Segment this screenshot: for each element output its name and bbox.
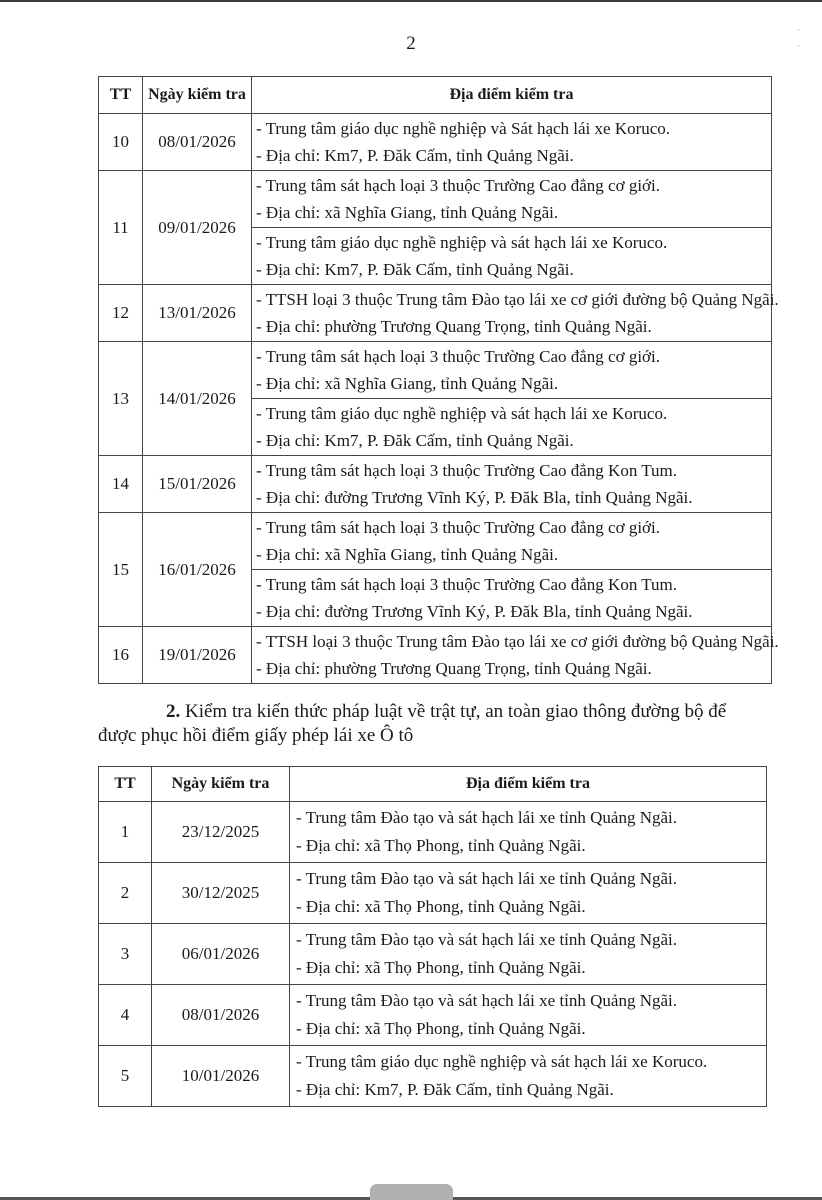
location-name: - Trung tâm sát hạch loại 3 thuộc Trường… — [256, 457, 771, 484]
row-number: 5 — [99, 1046, 152, 1107]
location-address: - Địa chỉ: xã Nghĩa Giang, tỉnh Quảng Ng… — [256, 541, 771, 568]
location-name: - TTSH loại 3 thuộc Trung tâm Đào tạo lá… — [256, 286, 771, 313]
header-location: Địa điểm kiểm tra — [252, 77, 772, 114]
section-title-line2: được phục hồi điểm giấy phép lái xe Ô tô — [98, 725, 413, 746]
header-tt: TT — [99, 77, 143, 114]
location-name: - Trung tâm sát hạch loại 3 thuộc Trường… — [256, 343, 771, 370]
inspection-date: 08/01/2026 — [143, 114, 252, 171]
inspection-location: - Trung tâm giáo dục nghề nghiệp và Sát … — [252, 114, 772, 171]
row-number: 16 — [99, 627, 143, 684]
table-row: 408/01/2026- Trung tâm Đào tạo và sát hạ… — [99, 985, 767, 1046]
table-header-row: TT Ngày kiểm tra Địa điểm kiểm tra — [99, 767, 767, 802]
location-name: - Trung tâm giáo dục nghề nghiệp và sát … — [256, 400, 771, 427]
table-row: 123/12/2025- Trung tâm Đào tạo và sát hạ… — [99, 802, 767, 863]
inspection-location: - Trung tâm giáo dục nghề nghiệp và sát … — [252, 399, 772, 456]
inspection-schedule-table-1: TT Ngày kiểm tra Địa điểm kiểm tra 1008/… — [98, 76, 772, 684]
inspection-location: - Trung tâm Đào tạo và sát hạch lái xe t… — [290, 985, 767, 1046]
header-location: Địa điểm kiểm tra — [290, 767, 767, 802]
table-header-row: TT Ngày kiểm tra Địa điểm kiểm tra — [99, 77, 772, 114]
location-address: - Địa chỉ: đường Trương Vĩnh Ký, P. Đăk … — [256, 598, 771, 625]
inspection-location: - Trung tâm sát hạch loại 3 thuộc Trường… — [252, 570, 772, 627]
page-number: 2 — [0, 33, 822, 55]
page-nav-handle[interactable] — [370, 1184, 453, 1200]
inspection-date: 13/01/2026 — [143, 285, 252, 342]
inspection-location: - Trung tâm sát hạch loại 3 thuộc Trường… — [252, 456, 772, 513]
table-row: 1619/01/2026- TTSH loại 3 thuộc Trung tâ… — [99, 627, 772, 684]
inspection-date: 15/01/2026 — [143, 456, 252, 513]
inspection-date: 14/01/2026 — [143, 342, 252, 456]
table-row: 1213/01/2026- TTSH loại 3 thuộc Trung tâ… — [99, 285, 772, 342]
table-row: 510/01/2026- Trung tâm giáo dục nghề ngh… — [99, 1046, 767, 1107]
location-name: - TTSH loại 3 thuộc Trung tâm Đào tạo lá… — [256, 628, 771, 655]
section-2-heading: 2. Kiểm tra kiến thức pháp luật về trật … — [114, 700, 794, 748]
location-address: - Địa chỉ: Km7, P. Đăk Cấm, tỉnh Quảng N… — [256, 142, 771, 169]
inspection-schedule-table-2: TT Ngày kiểm tra Địa điểm kiểm tra 123/1… — [98, 766, 767, 1107]
inspection-location: - TTSH loại 3 thuộc Trung tâm Đào tạo lá… — [252, 627, 772, 684]
location-name: - Trung tâm Đào tạo và sát hạch lái xe t… — [296, 804, 766, 832]
row-number: 12 — [99, 285, 143, 342]
location-address: - Địa chỉ: xã Thọ Phong, tỉnh Quảng Ngãi… — [296, 954, 766, 982]
inspection-date: 06/01/2026 — [152, 924, 290, 985]
location-address: - Địa chỉ: Km7, P. Đăk Cấm, tỉnh Quảng N… — [256, 256, 771, 283]
row-number: 3 — [99, 924, 152, 985]
row-number: 10 — [99, 114, 143, 171]
inspection-date: 19/01/2026 — [143, 627, 252, 684]
location-address: - Địa chỉ: xã Thọ Phong, tỉnh Quảng Ngãi… — [296, 1015, 766, 1043]
inspection-date: 09/01/2026 — [143, 171, 252, 285]
location-name: - Trung tâm Đào tạo và sát hạch lái xe t… — [296, 987, 766, 1015]
section-number: 2. — [166, 701, 180, 722]
header-date: Ngày kiểm tra — [143, 77, 252, 114]
location-name: - Trung tâm sát hạch loại 3 thuộc Trường… — [256, 172, 771, 199]
location-address: - Địa chỉ: Km7, P. Đăk Cấm, tỉnh Quảng N… — [296, 1076, 766, 1104]
location-name: - Trung tâm sát hạch loại 3 thuộc Trường… — [256, 571, 771, 598]
inspection-date: 30/12/2025 — [152, 863, 290, 924]
table-row: 1516/01/2026- Trung tâm sát hạch loại 3 … — [99, 513, 772, 570]
location-address: - Địa chỉ: đường Trương Vĩnh Ký, P. Đăk … — [256, 484, 771, 511]
location-address: - Địa chỉ: xã Thọ Phong, tỉnh Quảng Ngãi… — [296, 893, 766, 921]
inspection-location: - Trung tâm Đào tạo và sát hạch lái xe t… — [290, 802, 767, 863]
location-name: - Trung tâm giáo dục nghề nghiệp và sát … — [296, 1048, 766, 1076]
table-row: 1008/01/2026- Trung tâm giáo dục nghề ng… — [99, 114, 772, 171]
location-name: - Trung tâm giáo dục nghề nghiệp và Sát … — [256, 115, 771, 142]
location-address: - Địa chỉ: phường Trương Quang Trọng, tỉ… — [256, 655, 771, 682]
location-name: - Trung tâm sát hạch loại 3 thuộc Trường… — [256, 514, 771, 541]
row-number: 14 — [99, 456, 143, 513]
row-number: 4 — [99, 985, 152, 1046]
header-date: Ngày kiểm tra — [152, 767, 290, 802]
location-address: - Địa chỉ: phường Trương Quang Trọng, tỉ… — [256, 313, 771, 340]
table-row: 306/01/2026- Trung tâm Đào tạo và sát hạ… — [99, 924, 767, 985]
location-name: - Trung tâm giáo dục nghề nghiệp và sát … — [256, 229, 771, 256]
table-row: 1109/01/2026- Trung tâm sát hạch loại 3 … — [99, 171, 772, 228]
inspection-location: - Trung tâm giáo dục nghề nghiệp và sát … — [290, 1046, 767, 1107]
table-row: 1314/01/2026- Trung tâm sát hạch loại 3 … — [99, 342, 772, 399]
inspection-date: 08/01/2026 — [152, 985, 290, 1046]
scan-specks: ·· — [797, 22, 800, 54]
inspection-location: - TTSH loại 3 thuộc Trung tâm Đào tạo lá… — [252, 285, 772, 342]
location-name: - Trung tâm Đào tạo và sát hạch lái xe t… — [296, 865, 766, 893]
header-tt: TT — [99, 767, 152, 802]
row-number: 15 — [99, 513, 143, 627]
location-address: - Địa chỉ: xã Nghĩa Giang, tỉnh Quảng Ng… — [256, 199, 771, 226]
row-number: 1 — [99, 802, 152, 863]
inspection-location: - Trung tâm sát hạch loại 3 thuộc Trường… — [252, 171, 772, 228]
top-edge-bar — [0, 0, 822, 2]
inspection-date: 23/12/2025 — [152, 802, 290, 863]
inspection-location: - Trung tâm Đào tạo và sát hạch lái xe t… — [290, 863, 767, 924]
inspection-location: - Trung tâm sát hạch loại 3 thuộc Trường… — [252, 342, 772, 399]
location-name: - Trung tâm Đào tạo và sát hạch lái xe t… — [296, 926, 766, 954]
location-address: - Địa chỉ: Km7, P. Đăk Cấm, tỉnh Quảng N… — [256, 427, 771, 454]
inspection-date: 10/01/2026 — [152, 1046, 290, 1107]
inspection-date: 16/01/2026 — [143, 513, 252, 627]
section-title-line1: Kiểm tra kiến thức pháp luật về trật tự,… — [180, 701, 726, 722]
row-number: 13 — [99, 342, 143, 456]
table-row: 230/12/2025- Trung tâm Đào tạo và sát hạ… — [99, 863, 767, 924]
inspection-location: - Trung tâm sát hạch loại 3 thuộc Trường… — [252, 513, 772, 570]
row-number: 11 — [99, 171, 143, 285]
inspection-location: - Trung tâm giáo dục nghề nghiệp và sát … — [252, 228, 772, 285]
inspection-location: - Trung tâm Đào tạo và sát hạch lái xe t… — [290, 924, 767, 985]
table-row: 1415/01/2026- Trung tâm sát hạch loại 3 … — [99, 456, 772, 513]
location-address: - Địa chỉ: xã Nghĩa Giang, tỉnh Quảng Ng… — [256, 370, 771, 397]
row-number: 2 — [99, 863, 152, 924]
location-address: - Địa chỉ: xã Thọ Phong, tỉnh Quảng Ngãi… — [296, 832, 766, 860]
